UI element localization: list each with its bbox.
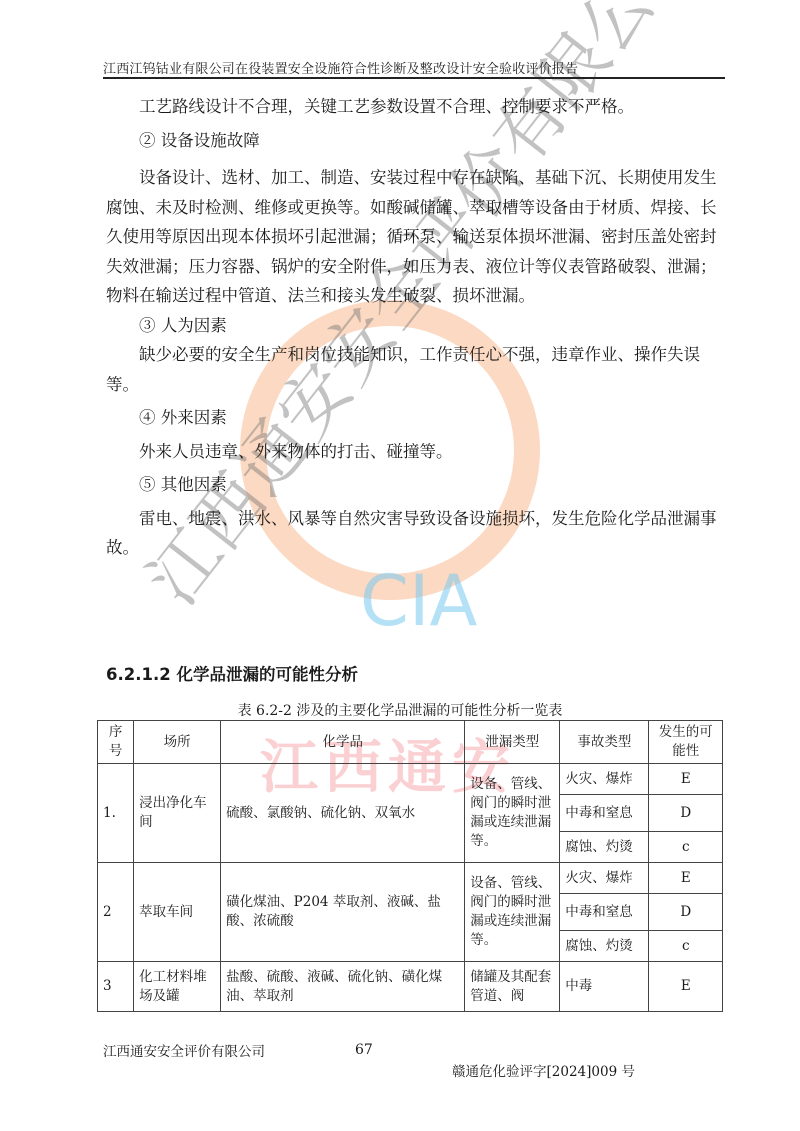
cell-no: 2 bbox=[98, 863, 134, 962]
col-header-leak-type: 泄漏类型 bbox=[465, 721, 560, 764]
paragraph: 工艺路线设计不合理，关键工艺参数设置不合理、控制要求不严格。 bbox=[106, 92, 726, 122]
cell-accident-type: 中毒 bbox=[560, 962, 649, 1012]
cell-likelihood: c bbox=[649, 931, 723, 962]
col-header-likelihood: 发生的可能性 bbox=[649, 721, 723, 764]
chemical-leak-table: 序号 场所 化学品 泄漏类型 事故类型 发生的可能性 1. 浸出净化车间 硫酸、… bbox=[97, 720, 723, 1012]
cell-leak-type: 设备、管线、阀门的瞬时泄漏或连续泄漏等。 bbox=[465, 863, 560, 962]
cell-leak-type: 设备、管线、阀门的瞬时泄漏或连续泄漏等。 bbox=[465, 764, 560, 863]
cell-likelihood: E bbox=[649, 764, 723, 795]
cell-accident-type: 火灾、爆炸 bbox=[560, 863, 649, 894]
footer-company: 江西通安安全评价有限公司 bbox=[103, 1040, 265, 1060]
footer-doc-number: 赣通危化验评字[2024]009 号 bbox=[452, 1060, 635, 1080]
list-item-heading: ④ 外来因素 bbox=[106, 403, 726, 433]
cell-likelihood: E bbox=[649, 962, 723, 1012]
cell-no: 3 bbox=[98, 962, 134, 1012]
paragraph: 设备设计、选材、加工、制造、安装过程中存在缺陷、基础下沉、长期使用发生腐蚀、未及… bbox=[106, 163, 726, 311]
cell-likelihood: D bbox=[649, 894, 723, 931]
section-heading: 6.2.1.2 化学品泄漏的可能性分析 bbox=[106, 661, 358, 685]
cell-likelihood: D bbox=[649, 795, 723, 832]
paragraph: 缺少必要的安全生产和岗位技能知识，工作责任心不强，违章作业、操作失误等。 bbox=[106, 340, 726, 399]
table-caption: 表 6.2-2 涉及的主要化学品泄漏的可能性分析一览表 bbox=[0, 700, 800, 720]
cell-leak-type: 储罐及其配套管道、阀 bbox=[465, 962, 560, 1012]
paragraph: 外来人员违章、外来物体的打击、碰撞等。 bbox=[106, 437, 726, 467]
cell-likelihood: E bbox=[649, 863, 723, 894]
cell-place: 浸出净化车间 bbox=[134, 764, 221, 863]
cell-accident-type: 中毒和窒息 bbox=[560, 894, 649, 931]
cell-place: 萃取车间 bbox=[134, 863, 221, 962]
cell-accident-type: 中毒和窒息 bbox=[560, 795, 649, 832]
col-header-no: 序号 bbox=[98, 721, 134, 764]
cell-chemicals: 硫酸、氯酸钠、硫化钠、双氧水 bbox=[221, 764, 465, 863]
cell-accident-type: 火灾、爆炸 bbox=[560, 764, 649, 795]
list-item-heading: ⑤ 其他因素 bbox=[106, 470, 726, 500]
page-number: 67 bbox=[355, 1042, 373, 1058]
col-header-chemicals: 化学品 bbox=[221, 721, 465, 764]
list-item-heading: ② 设备设施故障 bbox=[106, 126, 726, 156]
table-row: 2 萃取车间 磺化煤油、P204 萃取剂、液碱、盐酸、浓硫酸 设备、管线、阀门的… bbox=[98, 863, 723, 894]
cell-chemicals: 盐酸、硫酸、液碱、硫化钠、磺化煤油、萃取剂 bbox=[221, 962, 465, 1012]
page-header: 江西江钨钴业有限公司在役装置安全设施符合性诊断及整改设计安全验收评价报告 bbox=[103, 58, 725, 77]
col-header-accident-type: 事故类型 bbox=[560, 721, 649, 764]
cell-accident-type: 腐蚀、灼烫 bbox=[560, 832, 649, 863]
cell-likelihood: c bbox=[649, 832, 723, 863]
cell-no: 1. bbox=[98, 764, 134, 863]
table-row: 3 化工材料堆场及罐 盐酸、硫酸、液碱、硫化钠、磺化煤油、萃取剂 储罐及其配套管… bbox=[98, 962, 723, 1012]
body-text: 工艺路线设计不合理，关键工艺参数设置不合理、控制要求不严格。 ② 设备设施故障 … bbox=[106, 92, 726, 563]
header-divider bbox=[103, 77, 725, 79]
cell-chemicals: 磺化煤油、P204 萃取剂、液碱、盐酸、浓硫酸 bbox=[221, 863, 465, 962]
cell-place: 化工材料堆场及罐 bbox=[134, 962, 221, 1012]
paragraph: 雷电、地震、洪水、风暴等自然灾害导致设备设施损坏，发生危险化学品泄漏事故。 bbox=[106, 504, 726, 563]
table-row: 1. 浸出净化车间 硫酸、氯酸钠、硫化钠、双氧水 设备、管线、阀门的瞬时泄漏或连… bbox=[98, 764, 723, 795]
col-header-place: 场所 bbox=[134, 721, 221, 764]
table-header-row: 序号 场所 化学品 泄漏类型 事故类型 发生的可能性 bbox=[98, 721, 723, 764]
list-item-heading: ③ 人为因素 bbox=[106, 311, 726, 341]
cell-accident-type: 腐蚀、灼烫 bbox=[560, 931, 649, 962]
watermark-logo-letters: CIA bbox=[360, 560, 477, 642]
